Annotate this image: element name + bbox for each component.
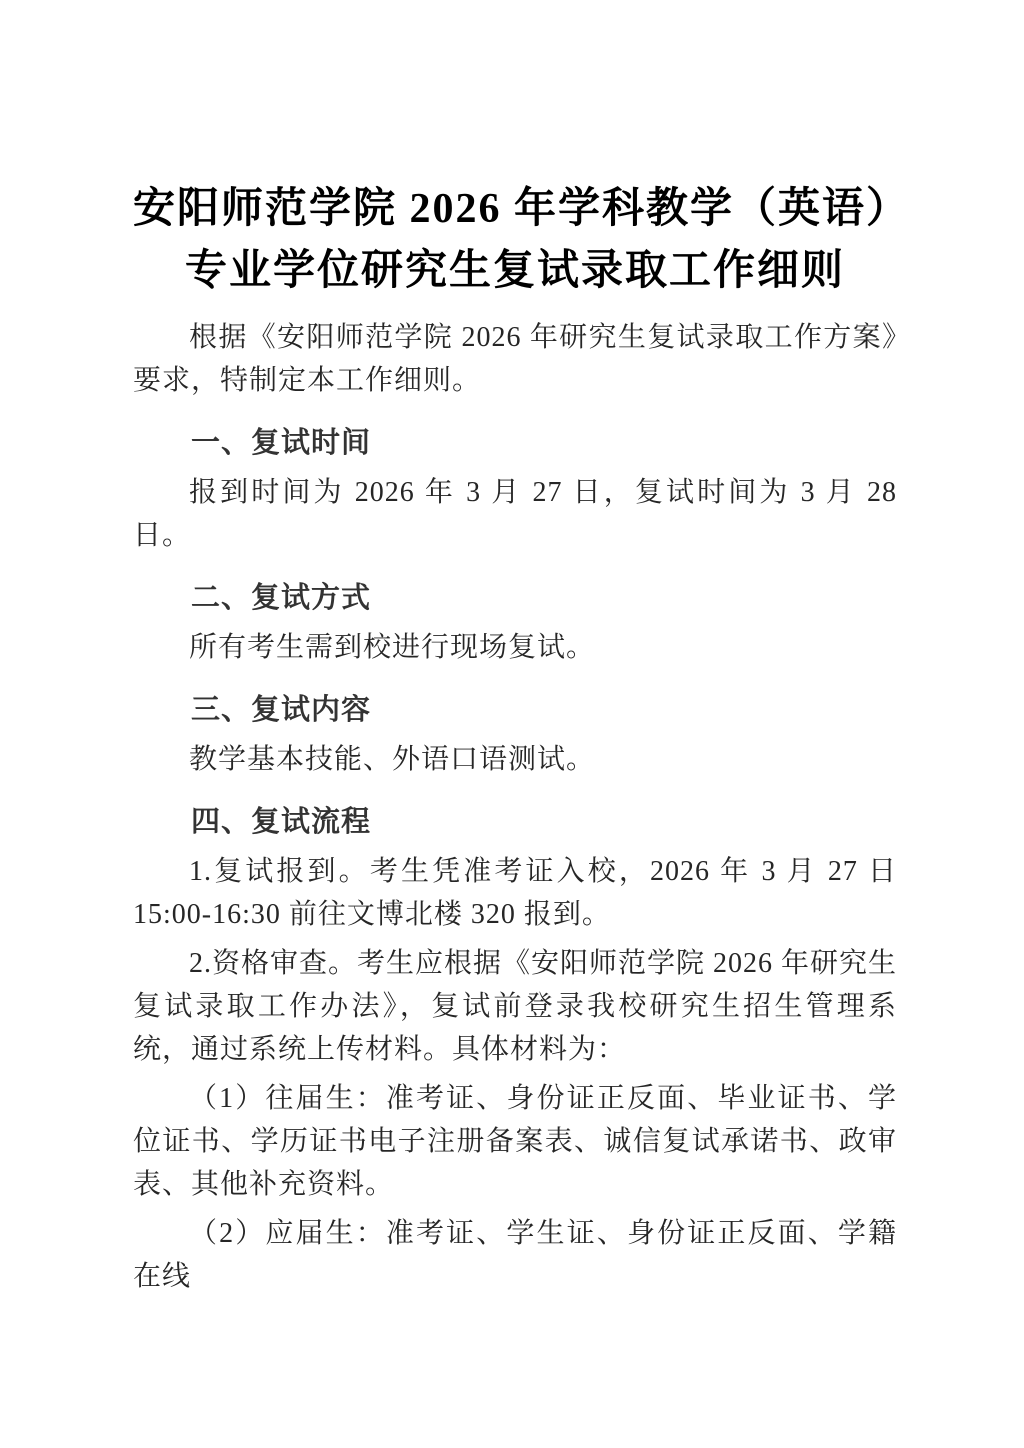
paragraph-review-time: 报到时间为 2026 年 3 月 27 日，复试时间为 3 月 28 日。 <box>133 471 897 557</box>
document-title-line-2: 专业学位研究生复试录取工作细则 <box>133 240 897 302</box>
paragraph-process-step-1-checkin: 1.复试报到。考生凭准考证入校，2026 年 3 月 27 日 15:00-16… <box>133 850 897 936</box>
document-title-line-1: 安阳师范学院 2026 年学科教学（英语） <box>133 178 897 240</box>
paragraph-review-content: 教学基本技能、外语口语测试。 <box>133 738 897 781</box>
section-heading-review-time: 一、复试时间 <box>133 422 897 465</box>
paragraph-materials-current-students: （2）应届生：准考证、学生证、身份证正反面、学籍在线 <box>133 1212 897 1298</box>
section-heading-review-content: 三、复试内容 <box>133 689 897 732</box>
intro-paragraph: 根据《安阳师范学院 2026 年研究生复试录取工作方案》要求，特制定本工作细则。 <box>133 316 897 402</box>
section-heading-review-method: 二、复试方式 <box>133 577 897 620</box>
paragraph-materials-previous-graduates: （1）往届生：准考证、身份证正反面、毕业证书、学位证书、学历证书电子注册备案表、… <box>133 1077 897 1206</box>
paragraph-process-step-2-qualification: 2.资格审查。考生应根据《安阳师范学院 2026 年研究生复试录取工作办法》，复… <box>133 942 897 1071</box>
document-title: 安阳师范学院 2026 年学科教学（英语） 专业学位研究生复试录取工作细则 <box>133 178 897 302</box>
document-page: 安阳师范学院 2026 年学科教学（英语） 专业学位研究生复试录取工作细则 根据… <box>0 0 1024 1448</box>
section-heading-review-process: 四、复试流程 <box>133 801 897 844</box>
paragraph-review-method: 所有考生需到校进行现场复试。 <box>133 626 897 669</box>
